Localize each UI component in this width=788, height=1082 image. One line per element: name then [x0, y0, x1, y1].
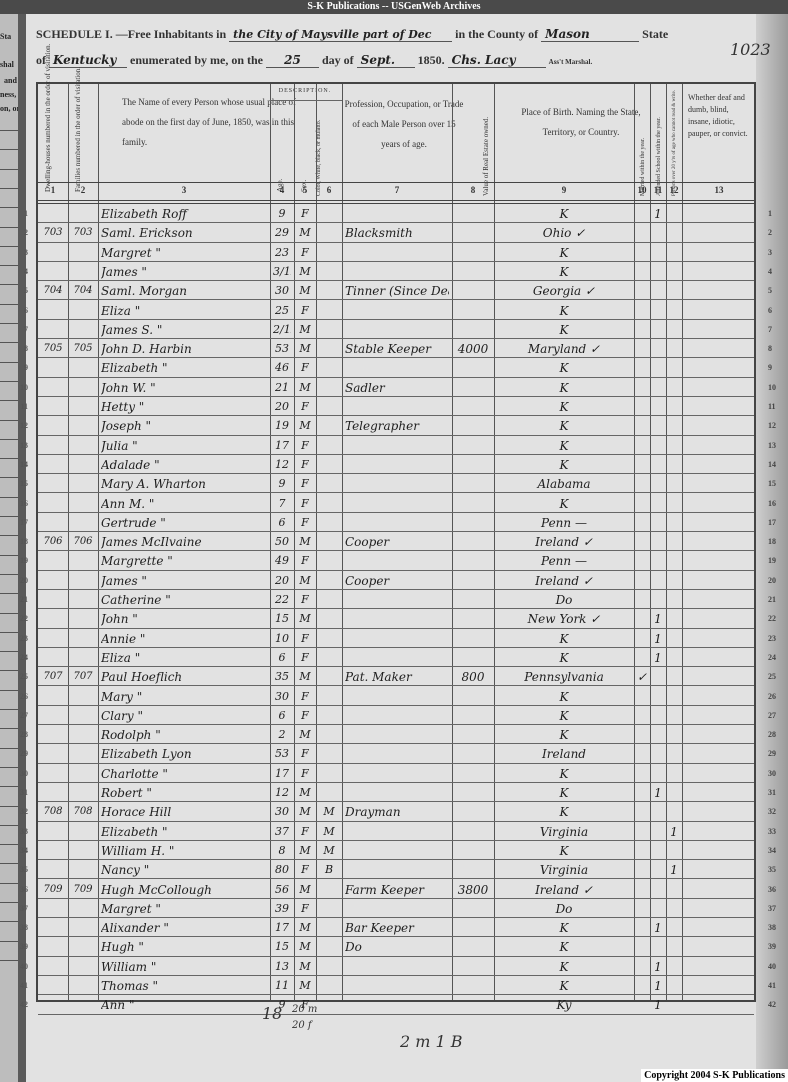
cell-birthplace: K	[497, 416, 631, 435]
cell-sex: F	[297, 744, 313, 763]
cell-color	[319, 397, 339, 416]
cell-age: 22	[273, 590, 291, 609]
cell-birthplace: Penn —	[497, 513, 631, 532]
marshal-field: Chs. Lacy	[448, 53, 546, 68]
cell-dwelling	[41, 899, 65, 918]
cell-school	[653, 262, 663, 281]
cell-sex: M	[297, 532, 313, 551]
cell-occupation	[345, 609, 449, 628]
cell-value	[455, 918, 491, 937]
cell-color	[319, 629, 339, 648]
table-row: 9Elizabeth "46FK9	[38, 358, 754, 377]
cell-sex: F	[297, 551, 313, 570]
cell-illiterate	[669, 571, 679, 590]
cell-color	[319, 301, 339, 320]
cell-dwelling	[41, 841, 65, 860]
cell-sex: M	[297, 320, 313, 339]
cell-sex: F	[297, 822, 313, 841]
cell-illiterate	[669, 494, 679, 513]
line-number-left: 25	[8, 667, 28, 687]
cell-name: Gertrude "	[101, 513, 267, 532]
column-number: 12	[666, 185, 682, 195]
line-number-left: 29	[8, 744, 28, 764]
cell-name: John D. Harbin	[101, 339, 267, 358]
cell-color	[319, 918, 339, 937]
cell-school	[653, 764, 663, 783]
cell-dwelling	[41, 937, 65, 956]
line-number-right: 33	[768, 822, 788, 842]
cell-color	[319, 513, 339, 532]
line-number-right: 13	[768, 436, 788, 456]
cell-school: 1	[653, 629, 663, 648]
cell-sex: M	[297, 378, 313, 397]
cell-family	[71, 551, 95, 570]
line-number-left: 27	[8, 706, 28, 726]
tally-color: 2 m 1 B	[400, 1032, 463, 1051]
cell-age: 20	[273, 397, 291, 416]
cell-married	[637, 822, 647, 841]
cell-occupation	[345, 551, 449, 570]
cell-condition	[685, 957, 753, 976]
cell-family	[71, 494, 95, 513]
cell-condition	[685, 494, 753, 513]
cell-family	[71, 822, 95, 841]
cell-family: 706	[71, 532, 95, 551]
cell-sex: F	[297, 899, 313, 918]
line-number-right: 25	[768, 667, 788, 687]
cell-family	[71, 397, 95, 416]
table-row: 1Elizabeth Roff9FK11	[38, 204, 754, 223]
line-number-right: 12	[768, 416, 788, 436]
table-row: 27Clary "6FK27	[38, 706, 754, 725]
cell-condition	[685, 571, 753, 590]
line-number-left: 1	[8, 204, 28, 224]
cell-age: 17	[273, 436, 291, 455]
cell-occupation	[345, 358, 449, 377]
cell-occupation	[345, 764, 449, 783]
cell-value: 4000	[455, 339, 491, 358]
col-12-header: Persons over 20 y'rs of age who cannot r…	[672, 96, 677, 196]
cell-birthplace: Ireland ✓	[497, 571, 631, 590]
line-number-left: 41	[8, 976, 28, 996]
tally-sex-top: 20 m	[292, 1004, 317, 1015]
cell-birthplace: K	[497, 243, 631, 262]
cell-school: 1	[653, 976, 663, 995]
cell-illiterate	[669, 899, 679, 918]
cell-age: 7	[273, 494, 291, 513]
line-number-right: 21	[768, 590, 788, 610]
cell-illiterate	[669, 416, 679, 435]
cell-illiterate	[669, 532, 679, 551]
page-number: 1023	[730, 40, 771, 59]
cell-name: Ann "	[101, 995, 267, 1014]
description-header: DESCRIPTION.	[270, 88, 340, 94]
cell-birthplace: K	[497, 358, 631, 377]
cell-dwelling	[41, 204, 65, 223]
cell-illiterate	[669, 474, 679, 493]
cell-value	[455, 571, 491, 590]
cell-school	[653, 590, 663, 609]
cell-birthplace: New York ✓	[497, 609, 631, 628]
cell-condition	[685, 436, 753, 455]
cell-illiterate	[669, 667, 679, 686]
cell-school	[653, 416, 663, 435]
cell-birthplace: K	[497, 976, 631, 995]
cell-name: Mary "	[101, 687, 267, 706]
cell-age: 20	[273, 571, 291, 590]
cell-occupation	[345, 494, 449, 513]
cell-school: 1	[653, 783, 663, 802]
cell-family	[71, 571, 95, 590]
cell-illiterate	[669, 262, 679, 281]
cell-value	[455, 223, 491, 242]
line-number-right: 23	[768, 629, 788, 649]
cell-dwelling: 707	[41, 667, 65, 686]
cell-name: Paul Hoeflich	[101, 667, 267, 686]
line-number-left: 32	[8, 802, 28, 822]
county-field: Mason	[541, 27, 639, 42]
cell-condition	[685, 667, 753, 686]
cell-married	[637, 551, 647, 570]
cell-age: 11	[273, 976, 291, 995]
cell-married	[637, 725, 647, 744]
cell-illiterate	[669, 397, 679, 416]
cell-name: Joseph "	[101, 416, 267, 435]
cell-name: Margret "	[101, 899, 267, 918]
cell-color	[319, 204, 339, 223]
cell-value	[455, 281, 491, 300]
line-number-left: 34	[8, 841, 28, 861]
table-row: 39Hugh "15MDoK39	[38, 937, 754, 956]
cell-occupation	[345, 744, 449, 763]
cell-dwelling	[41, 436, 65, 455]
line-number-left: 12	[8, 416, 28, 436]
cell-illiterate	[669, 918, 679, 937]
cell-family	[71, 918, 95, 937]
cell-school	[653, 223, 663, 242]
column-number: 3	[98, 185, 270, 195]
cell-name: Charlotte "	[101, 764, 267, 783]
cell-birthplace: Ireland ✓	[497, 880, 631, 899]
cell-birthplace: Do	[497, 899, 631, 918]
row-divider	[38, 1014, 754, 1015]
cell-age: 80	[273, 860, 291, 879]
cell-married	[637, 474, 647, 493]
line-number-right: 19	[768, 551, 788, 571]
table-row: 41Thomas "11MK141	[38, 976, 754, 995]
cell-color: M	[319, 841, 339, 860]
cell-color	[319, 880, 339, 899]
cell-dwelling	[41, 455, 65, 474]
cell-illiterate	[669, 648, 679, 667]
cell-birthplace: K	[497, 764, 631, 783]
cell-condition	[685, 860, 753, 879]
table-row: 42Ann "9FKy142	[38, 995, 754, 1014]
cell-married	[637, 397, 647, 416]
cell-name: Julia "	[101, 436, 267, 455]
cell-family	[71, 937, 95, 956]
cell-school	[653, 822, 663, 841]
cell-age: 10	[273, 629, 291, 648]
cell-family	[71, 513, 95, 532]
cell-occupation	[345, 455, 449, 474]
line-number-left: 38	[8, 918, 28, 938]
cell-sex: M	[297, 667, 313, 686]
cell-age: 23	[273, 243, 291, 262]
cell-color	[319, 378, 339, 397]
cell-dwelling	[41, 706, 65, 725]
cell-color	[319, 474, 339, 493]
cell-condition	[685, 629, 753, 648]
cell-family	[71, 358, 95, 377]
cell-occupation: Tinner (Since Dead)	[345, 281, 449, 300]
cell-occupation	[345, 899, 449, 918]
cell-sex: F	[297, 243, 313, 262]
cell-value	[455, 378, 491, 397]
cell-condition	[685, 764, 753, 783]
cell-school	[653, 455, 663, 474]
cell-family	[71, 744, 95, 763]
cell-color	[319, 416, 339, 435]
cell-family	[71, 725, 95, 744]
cell-dwelling	[41, 474, 65, 493]
cell-value	[455, 551, 491, 570]
cell-age: 6	[273, 513, 291, 532]
cell-school	[653, 474, 663, 493]
table-row: 11Hetty "20FK11	[38, 397, 754, 416]
cell-name: Ann M. "	[101, 494, 267, 513]
cell-married	[637, 378, 647, 397]
cell-occupation	[345, 995, 449, 1014]
cell-illiterate	[669, 629, 679, 648]
cell-name: James "	[101, 571, 267, 590]
table-row: 20James "20MCooperIreland ✓20	[38, 571, 754, 590]
cell-occupation: Sadler	[345, 378, 449, 397]
cell-dwelling	[41, 860, 65, 879]
cell-value	[455, 436, 491, 455]
cell-value	[455, 706, 491, 725]
cell-sex: M	[297, 937, 313, 956]
table-row: 8705705John D. Harbin53MStable Keeper400…	[38, 339, 754, 358]
cell-married	[637, 976, 647, 995]
cell-dwelling	[41, 744, 65, 763]
cell-condition	[685, 474, 753, 493]
cell-value	[455, 397, 491, 416]
cell-illiterate	[669, 590, 679, 609]
cell-school	[653, 320, 663, 339]
cell-name: Clary "	[101, 706, 267, 725]
cell-color	[319, 995, 339, 1014]
cell-illiterate	[669, 378, 679, 397]
cell-married	[637, 301, 647, 320]
table-row: 28Rodolph "2MK28	[38, 725, 754, 744]
cell-school	[653, 301, 663, 320]
cell-married	[637, 243, 647, 262]
cell-illiterate	[669, 436, 679, 455]
cell-illiterate: 1	[669, 822, 679, 841]
line-number-right: 41	[768, 976, 788, 996]
cell-color	[319, 648, 339, 667]
line-number-left: 8	[8, 339, 28, 359]
cell-dwelling	[41, 957, 65, 976]
table-row: 3Margret "23FK3	[38, 243, 754, 262]
cell-sex: M	[297, 725, 313, 744]
cell-birthplace: Ohio ✓	[497, 223, 631, 242]
cell-color	[319, 571, 339, 590]
cell-sex: M	[297, 841, 313, 860]
cell-color	[319, 532, 339, 551]
cell-age: 46	[273, 358, 291, 377]
left-fragment: shal	[0, 60, 14, 69]
cell-school: 1	[653, 204, 663, 223]
cell-dwelling: 703	[41, 223, 65, 242]
cell-color	[319, 436, 339, 455]
cell-age: 8	[273, 841, 291, 860]
cell-birthplace: Ireland	[497, 744, 631, 763]
cell-school	[653, 687, 663, 706]
col-7-header: Profession, Occupation, or Trade of each…	[344, 94, 464, 154]
schedule-prefix: —Free Inhabitants in	[116, 27, 226, 41]
cell-school	[653, 436, 663, 455]
cell-family: 709	[71, 880, 95, 899]
cell-married	[637, 262, 647, 281]
table-row: 14Adalade "12FK14	[38, 455, 754, 474]
cell-family: 707	[71, 667, 95, 686]
cell-dwelling	[41, 358, 65, 377]
col-13-header: Whether deaf and dumb, blind, insane, id…	[688, 92, 752, 140]
cell-condition	[685, 976, 753, 995]
cell-age: 29	[273, 223, 291, 242]
cell-name: Mary A. Wharton	[101, 474, 267, 493]
cell-color	[319, 937, 339, 956]
cell-illiterate	[669, 995, 679, 1014]
cell-occupation: Pat. Maker	[345, 667, 449, 686]
cell-married	[637, 320, 647, 339]
line-number-left: 35	[8, 860, 28, 880]
cell-name: Horace Hill	[101, 802, 267, 821]
cell-occupation	[345, 860, 449, 879]
cell-color	[319, 687, 339, 706]
cell-school	[653, 667, 663, 686]
line-number-right: 28	[768, 725, 788, 745]
cell-sex: M	[297, 223, 313, 242]
left-fragment: on, or	[0, 104, 20, 113]
cell-name: Hetty "	[101, 397, 267, 416]
cell-value	[455, 494, 491, 513]
table-row: 38Alixander "17MBar KeeperK138	[38, 918, 754, 937]
cell-birthplace: K	[497, 455, 631, 474]
cell-sex: M	[297, 571, 313, 590]
cell-occupation	[345, 204, 449, 223]
cell-age: 56	[273, 880, 291, 899]
cell-color: M	[319, 802, 339, 821]
table-row: 32708708Horace Hill30MMDraymanK32	[38, 802, 754, 821]
cell-age: 37	[273, 822, 291, 841]
table-row: 15Mary A. Wharton9FAlabama15	[38, 474, 754, 493]
cell-value	[455, 629, 491, 648]
cell-family	[71, 783, 95, 802]
line-number-right: 11	[768, 397, 788, 417]
cell-dwelling: 709	[41, 880, 65, 899]
cell-dwelling	[41, 494, 65, 513]
cell-school	[653, 706, 663, 725]
line-number-left: 28	[8, 725, 28, 745]
header-divider	[38, 200, 754, 201]
cell-birthplace: Penn —	[497, 551, 631, 570]
cell-married	[637, 764, 647, 783]
cell-value	[455, 455, 491, 474]
cell-condition	[685, 802, 753, 821]
cell-condition	[685, 706, 753, 725]
cell-school	[653, 841, 663, 860]
cell-family	[71, 320, 95, 339]
cell-sex: F	[297, 436, 313, 455]
cell-value	[455, 841, 491, 860]
cell-name: William H. "	[101, 841, 267, 860]
cell-value	[455, 243, 491, 262]
cell-sex: F	[297, 513, 313, 532]
table-row: 21Catherine "22FDo21	[38, 590, 754, 609]
cell-age: 30	[273, 802, 291, 821]
cell-value	[455, 648, 491, 667]
cell-occupation	[345, 648, 449, 667]
line-number-left: 31	[8, 783, 28, 803]
marshal-label: Ass't Marshal.	[549, 58, 593, 66]
cell-condition	[685, 339, 753, 358]
cell-married	[637, 571, 647, 590]
cell-sex: F	[297, 706, 313, 725]
cell-name: William "	[101, 957, 267, 976]
cell-age: 2/12	[273, 320, 291, 339]
table-row: 22John "15MNew York ✓122	[38, 609, 754, 628]
line-number-right: 10	[768, 378, 788, 398]
cell-birthplace: K	[497, 687, 631, 706]
cell-dwelling: 705	[41, 339, 65, 358]
cell-occupation	[345, 397, 449, 416]
line-number-left: 40	[8, 957, 28, 977]
cell-sex: M	[297, 416, 313, 435]
line-number-right: 42	[768, 995, 788, 1015]
cell-school	[653, 551, 663, 570]
cell-age: 15	[273, 937, 291, 956]
cell-family	[71, 629, 95, 648]
col-10-header: Married within the year.	[640, 96, 646, 196]
cell-family	[71, 764, 95, 783]
cell-birthplace: K	[497, 320, 631, 339]
line-number-left: 3	[8, 243, 28, 263]
cell-family	[71, 976, 95, 995]
line-number-left: 14	[8, 455, 28, 475]
cell-family: 703	[71, 223, 95, 242]
cell-sex: M	[297, 783, 313, 802]
cell-name: Margrette "	[101, 551, 267, 570]
cell-illiterate	[669, 513, 679, 532]
table-row: 26Mary "30FK26	[38, 687, 754, 706]
cell-condition	[685, 687, 753, 706]
line-number-left: 39	[8, 937, 28, 957]
line-number-right: 27	[768, 706, 788, 726]
cell-condition	[685, 744, 753, 763]
day-of-label: day of	[322, 53, 354, 67]
cell-condition	[685, 455, 753, 474]
cell-illiterate	[669, 320, 679, 339]
cell-age: 49	[273, 551, 291, 570]
cell-name: James McIlvaine	[101, 532, 267, 551]
line-number-left: 33	[8, 822, 28, 842]
cell-family	[71, 899, 95, 918]
line-number-right: 5	[768, 281, 788, 301]
cell-married	[637, 995, 647, 1014]
